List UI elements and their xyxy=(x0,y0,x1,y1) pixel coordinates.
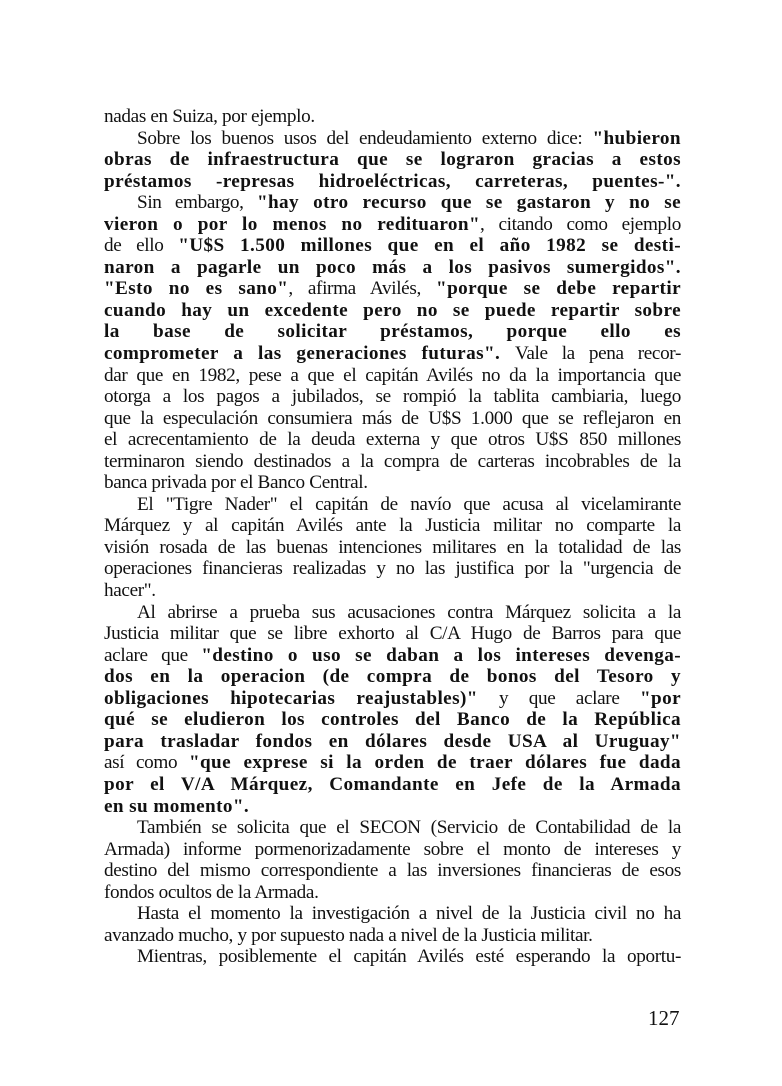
text-line: El "Tigre Nader" el capitán de navío que… xyxy=(104,494,681,516)
text-line: banca privada por el Banco Central. xyxy=(104,472,681,494)
bold-quote-segment: qué se eludieron los controles del Banco… xyxy=(104,709,681,730)
text-line: Sin embargo, "hay otro recurso que se ga… xyxy=(104,192,681,214)
text-line: de ello "U$S 1.500 millones que en el añ… xyxy=(104,235,681,257)
text-line: terminaron siendo destinados a la compra… xyxy=(104,451,681,473)
text-line: la base de solicitar préstamos, porque e… xyxy=(104,321,681,343)
bold-quote-segment: "que exprese si la orden de traer dólare… xyxy=(189,752,681,773)
bold-quote-segment: obras de infraestructura que se lograron… xyxy=(104,149,681,170)
text-segment: Hasta el momento la investigación a nive… xyxy=(137,903,681,924)
text-line: obligaciones hipotecarias reajustables)"… xyxy=(104,688,681,710)
bold-quote-segment: dos en la operacion (de compra de bonos … xyxy=(104,666,681,687)
text-line: aclare que "destino o uso se daban a los… xyxy=(104,645,681,667)
text-segment: destino del mismo correspondiente a las … xyxy=(104,860,681,881)
text-segment: operaciones financieras realizadas y no … xyxy=(104,558,681,579)
bold-quote-segment: en su momento". xyxy=(104,796,249,817)
text-line: "Esto no es sano", afirma Avilés, "porqu… xyxy=(104,278,681,300)
text-segment: fondos ocultos de la Armada. xyxy=(104,882,319,903)
bold-quote-segment: vieron o por lo menos no redituaron" xyxy=(104,214,480,235)
text-line: vieron o por lo menos no redituaron", ci… xyxy=(104,214,681,236)
text-line: fondos ocultos de la Armada. xyxy=(104,882,681,904)
text-line: comprometer a las generaciones futuras".… xyxy=(104,343,681,365)
text-segment: Sin embargo, xyxy=(137,192,257,213)
text-line: Justicia militar que se libre exhorto al… xyxy=(104,623,681,645)
text-segment: Justicia militar que se libre exhorto al… xyxy=(104,623,681,644)
text-line: Hasta el momento la investigación a nive… xyxy=(104,903,681,925)
text-segment: , citando como ejemplo xyxy=(480,214,681,235)
text-line: otorga a los pagos a jubilados, se rompi… xyxy=(104,386,681,408)
text-line: el acrecentamiento de la deuda externa y… xyxy=(104,429,681,451)
bold-quote-segment: préstamos -represas hidroeléctricas, car… xyxy=(104,171,681,192)
text-segment: Al abrirse a prueba sus acusaciones cont… xyxy=(137,602,681,623)
text-line: dar que en 1982, pese a que el capitán A… xyxy=(104,365,681,387)
text-segment: Sobre los buenos usos del endeudamiento … xyxy=(137,128,592,149)
text-line: qué se eludieron los controles del Banco… xyxy=(104,709,681,731)
text-line: Al abrirse a prueba sus acusaciones cont… xyxy=(104,602,681,624)
text-segment: Mientras, posiblemente el capitán Avilés… xyxy=(137,946,681,967)
bold-quote-segment: "hubieron xyxy=(592,128,681,149)
text-line: nadas en Suiza, por ejemplo. xyxy=(104,106,681,128)
text-segment: El "Tigre Nader" el capitán de navío que… xyxy=(137,494,681,515)
bold-quote-segment: para trasladar fondos en dólares desde U… xyxy=(104,731,681,752)
text-segment: otorga a los pagos a jubilados, se rompi… xyxy=(104,386,681,407)
text-segment: terminaron siendo destinados a la compra… xyxy=(104,451,681,472)
text-line: en su momento". xyxy=(104,796,681,818)
bold-quote-segment: naron a pagarle un poco más a los pasivo… xyxy=(104,257,681,278)
text-line: destino del mismo correspondiente a las … xyxy=(104,860,681,882)
text-line: para trasladar fondos en dólares desde U… xyxy=(104,731,681,753)
text-line: operaciones financieras realizadas y no … xyxy=(104,558,681,580)
bold-quote-segment: "hay otro recurso que se gastaron y no s… xyxy=(257,192,681,213)
text-segment: dar que en 1982, pese a que el capitán A… xyxy=(104,365,681,386)
text-line: Márquez y al capitán Avilés ante la Just… xyxy=(104,515,681,537)
page-number: 127 xyxy=(648,1006,680,1031)
bold-quote-segment: por el V/A Márquez, Comandante en Jefe d… xyxy=(104,774,681,795)
text-segment: y que aclare xyxy=(499,688,640,709)
bold-quote-segment: "por xyxy=(640,688,681,709)
text-line: así como "que exprese si la orden de tra… xyxy=(104,752,681,774)
bold-quote-segment: obligaciones hipotecarias reajustables)" xyxy=(104,688,499,709)
text-line: hacer". xyxy=(104,580,681,602)
text-line: obras de infraestructura que se lograron… xyxy=(104,149,681,171)
text-segment: visión rosada de las buenas intenciones … xyxy=(104,537,681,558)
text-line: Mientras, posiblemente el capitán Avilés… xyxy=(104,946,681,968)
bold-quote-segment: cuando hay un excedente pero no se puede… xyxy=(104,300,681,321)
text-line: Sobre los buenos usos del endeudamiento … xyxy=(104,128,681,150)
text-segment: hacer". xyxy=(104,580,156,601)
text-segment: de ello xyxy=(104,235,178,256)
text-line: visión rosada de las buenas intenciones … xyxy=(104,537,681,559)
text-segment: que la especulación consumiera más de U$… xyxy=(104,408,681,429)
text-segment: También se solicita que el SECON (Servic… xyxy=(137,817,681,838)
text-line: avanzado mucho, y por supuesto nada a ni… xyxy=(104,925,681,947)
text-segment: Armada) informe pormenorizadamente sobre… xyxy=(104,839,681,860)
page-body-text: nadas en Suiza, por ejemplo.Sobre los bu… xyxy=(104,106,681,968)
text-segment: Vale la pena recor- xyxy=(515,343,681,364)
text-segment: aclare que xyxy=(104,645,201,666)
text-segment: Márquez y al capitán Avilés ante la Just… xyxy=(104,515,681,536)
bold-quote-segment: "destino o uso se daban a los intereses … xyxy=(201,645,681,666)
text-line: Armada) informe pormenorizadamente sobre… xyxy=(104,839,681,861)
text-line: cuando hay un excedente pero no se puede… xyxy=(104,300,681,322)
bold-quote-segment: "Esto no es sano" xyxy=(104,278,288,299)
text-line: naron a pagarle un poco más a los pasivo… xyxy=(104,257,681,279)
text-segment: nadas en Suiza, por ejemplo. xyxy=(104,106,315,127)
text-segment: así como xyxy=(104,752,189,773)
bold-quote-segment: "porque se debe repartir xyxy=(436,278,681,299)
text-line: por el V/A Márquez, Comandante en Jefe d… xyxy=(104,774,681,796)
text-segment: , afirma Avilés, xyxy=(288,278,436,299)
text-segment: avanzado mucho, y por supuesto nada a ni… xyxy=(104,925,593,946)
text-segment: banca privada por el Banco Central. xyxy=(104,472,368,493)
bold-quote-segment: "U$S 1.500 millones que en el año 1982 s… xyxy=(178,235,681,256)
text-line: que la especulación consumiera más de U$… xyxy=(104,408,681,430)
text-line: También se solicita que el SECON (Servic… xyxy=(104,817,681,839)
text-line: préstamos -represas hidroeléctricas, car… xyxy=(104,171,681,193)
bold-quote-segment: comprometer a las generaciones futuras". xyxy=(104,343,515,364)
bold-quote-segment: la base de solicitar préstamos, porque e… xyxy=(104,321,681,342)
text-segment: el acrecentamiento de la deuda externa y… xyxy=(104,429,681,450)
text-line: dos en la operacion (de compra de bonos … xyxy=(104,666,681,688)
